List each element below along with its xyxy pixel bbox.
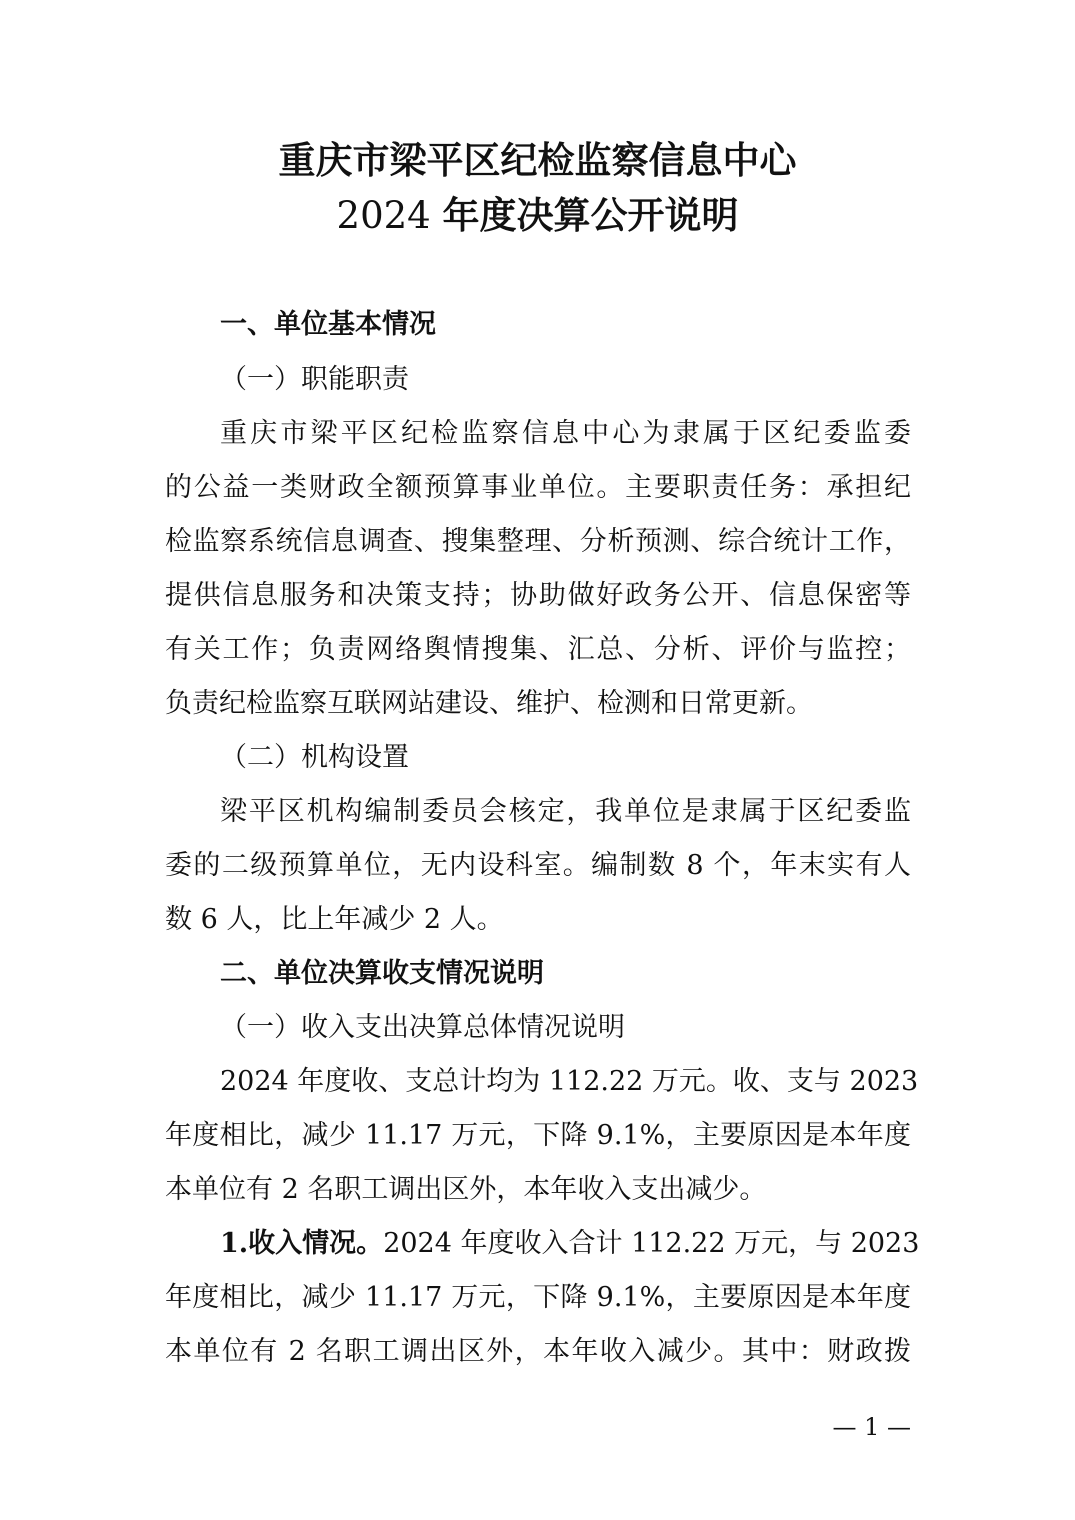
section-heading-2: 二、单位决算收支情况说明 (220, 956, 911, 992)
paragraph-line: 梁平区机构编制委员会核定，我单位是隶属于区纪委监 (220, 794, 911, 830)
subsection-heading-1-1: （一）职能职责 (220, 362, 911, 398)
paragraph-line: 提供信息服务和决策支持；协助做好政务公开、信息保密等 (165, 578, 911, 614)
income-label: 1.收入情况。 (220, 1228, 383, 1259)
paragraph-line: 负责纪检监察互联网站建设、维护、检测和日常更新。 (165, 686, 911, 722)
document-title-line1: 重庆市梁平区纪检监察信息中心 (0, 138, 1075, 182)
paragraph-line: 年度相比，减少 11.17 万元，下降 9.1%，主要原因是本年度 (165, 1118, 911, 1154)
section-heading-1: 一、单位基本情况 (220, 307, 911, 343)
subsection-heading-2-1: （一）收入支出决算总体情况说明 (220, 1010, 911, 1046)
paragraph-line: 的公益一类财政全额预算事业单位。主要职责任务：承担纪 (165, 470, 911, 506)
paragraph-line: 年度相比，减少 11.17 万元，下降 9.1%，主要原因是本年度 (165, 1280, 911, 1316)
paragraph-line: 有关工作；负责网络舆情搜集、汇总、分析、评价与监控； (165, 632, 911, 668)
document-page: 重庆市梁平区纪检监察信息中心 2024 年度决算公开说明 一、单位基本情况 （一… (0, 0, 1075, 1520)
paragraph-line: 委的二级预算单位，无内设科室。编制数 8 个，年末实有人 (165, 848, 911, 884)
paragraph-line: 2024 年度收、支总计均为 112.22 万元。收、支与 2023 (220, 1064, 911, 1100)
title-subtitle: 年度决算公开说明 (442, 193, 738, 237)
title-year: 2024 (337, 194, 431, 237)
income-text: 2024 年度收入合计 112.22 万元，与 2023 (383, 1228, 919, 1259)
paragraph-line: 数 6 人，比上年减少 2 人。 (165, 902, 911, 938)
paragraph-line: 本单位有 2 名职工调出区外，本年收入支出减少。 (165, 1172, 911, 1208)
document-title-line2: 2024 年度决算公开说明 (0, 193, 1075, 238)
paragraph-line: 检监察系统信息调查、搜集整理、分析预测、综合统计工作， (165, 524, 911, 560)
subsection-heading-1-2: （二）机构设置 (220, 740, 911, 776)
income-paragraph-first-line: 1.收入情况。2024 年度收入合计 112.22 万元，与 2023 (220, 1226, 911, 1262)
paragraph-line: 重庆市梁平区纪检监察信息中心为隶属于区纪委监委 (220, 416, 911, 452)
page-number: — 1 — (820, 1412, 911, 1442)
paragraph-line: 本单位有 2 名职工调出区外，本年收入减少。其中：财政拨 (165, 1334, 911, 1370)
